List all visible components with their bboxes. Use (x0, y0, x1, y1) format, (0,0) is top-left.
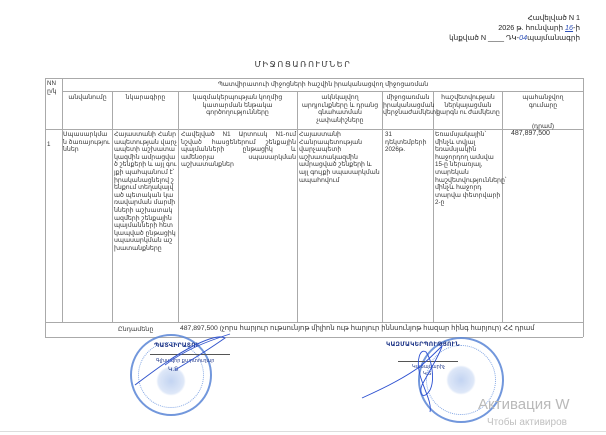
table-divider (382, 91, 383, 322)
table-divider (178, 91, 179, 322)
handwritten-number: 04 (519, 33, 527, 42)
annex-date: 2026 թ. հունվարի 16-ի (449, 23, 580, 33)
row-reporting: Եռամսյակային՝ մինչև տվյալ եռամսյակին հաջ… (435, 131, 501, 207)
table-divider (62, 78, 63, 322)
annex-contract: կնքված N ____ ԴԿ-04պայմանագրի (449, 33, 580, 43)
row-amount: 487,897,500 (511, 130, 583, 138)
header-nn: NN ը/կ (47, 80, 61, 95)
annex-reference: Հավելված N 1 2026 թ. հունվարի 16-ի կնքվա… (449, 13, 580, 43)
header-amount: պահանջվող գումարը (դրամ) (503, 94, 583, 131)
header-actions: կազմակերպության կողմից կատարման ենթակա գ… (181, 94, 294, 117)
table-border-right (583, 78, 584, 337)
table-border-top (45, 78, 583, 79)
table-divider (62, 91, 583, 92)
header-description: նկարագիրը (113, 94, 178, 102)
header-deadline: միջոցառման իրականացման վերջնաժամկետը (383, 94, 433, 117)
table-divider (297, 91, 298, 322)
row-description: Հայաստանի Հանրապետության վարչապետի աշխատ… (114, 131, 177, 253)
row-deadline: 31 դեկտեմբերի 2026թ. (385, 131, 432, 154)
annex-number: Հավելված N 1 (449, 13, 580, 23)
header-name: անվանումը (63, 94, 112, 102)
activation-watermark-title: Активация W (478, 396, 570, 413)
handwritten-day: 16 (565, 23, 573, 32)
header-results: ակնկալվող արդյունքները և դրանց գնահատման… (300, 94, 380, 124)
row-results: Հայաստանի Հանրապետության վարչապետի աշխատ… (299, 131, 381, 184)
table-divider (433, 91, 434, 322)
total-value: 487,897,500 (չորս հարյուր ութսունյոթ միլ… (180, 325, 580, 333)
header-reporting: հաշվետվության ներկայացման կարգն ու ժամկե… (434, 94, 502, 117)
contractor-signature-icon (360, 340, 460, 420)
table-border-left (45, 78, 46, 337)
document-title: ՄԻՋՈՑԱՌՈՒՄՆԵՐ (0, 60, 606, 69)
client-signature-icon (125, 330, 235, 390)
row-name: Սպասարկման ծառայություններ (63, 131, 111, 154)
page-bottom-edge (0, 431, 606, 432)
activation-watermark-subtitle: Чтобы активиров (487, 417, 567, 428)
header-group: Պատվիրատուի միջոցների հաշվին իրականացվող… (63, 81, 583, 89)
table-divider (112, 91, 113, 322)
table-divider (45, 322, 583, 323)
row-actions: Հավելված N1 Արտուսկ N1-ում նշված հասցենե… (181, 131, 296, 169)
row-nn: 1 (47, 141, 61, 149)
